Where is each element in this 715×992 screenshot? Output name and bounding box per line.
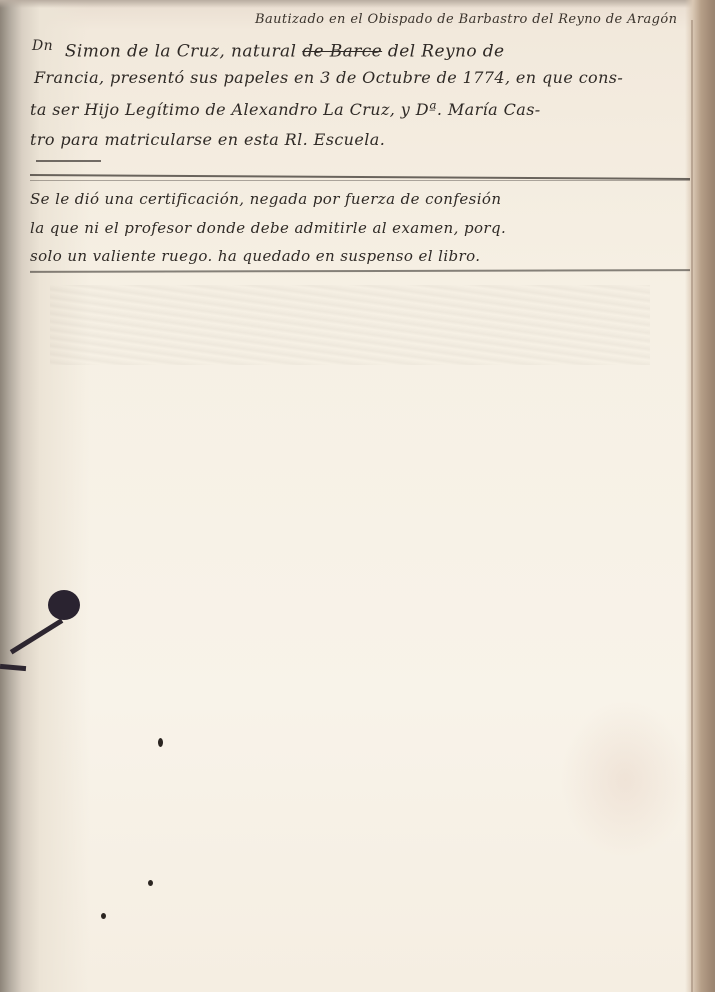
- ink-dot: [101, 913, 106, 919]
- underline: [36, 160, 101, 162]
- entry-line-1: Dn Simon de la Cruz, natural de Barce de…: [32, 38, 505, 62]
- entry-line-3: ta ser Hijo Legítimo de Alexandro La Cru…: [30, 100, 541, 119]
- entry-line-2: Francia, presentó sus papeles en 3 de Oc…: [34, 68, 623, 87]
- struck-text: de Barce: [302, 42, 382, 62]
- note-line-3: solo un valiente ruego. ha quedado en su…: [30, 247, 480, 265]
- entry-text: del Reyno de: [388, 42, 505, 62]
- interlinear-insertion: Bautizado en el Obispado de Barbastro de…: [255, 12, 677, 27]
- page-top-edge: [0, 0, 715, 8]
- note-line-1: Se le dió una certificación, negada por …: [30, 190, 501, 208]
- note-line-2: la que ni el profesor donde debe admitir…: [30, 219, 506, 237]
- ink-dot: [148, 880, 153, 886]
- entry-text: natural: [231, 42, 296, 62]
- don-abbreviation: Dn: [32, 38, 53, 54]
- entry-line-4: tro para matricularse en esta Rl. Escuel…: [30, 130, 385, 149]
- person-name: Simon de la Cruz,: [65, 42, 225, 62]
- ink-dot: [158, 738, 163, 747]
- paper-stain: [560, 700, 690, 860]
- ruled-line-top-secondary: [30, 180, 690, 181]
- page-edge-line: [691, 20, 693, 992]
- ink-blot-icon: [48, 590, 80, 620]
- ink-bleed-through: [50, 285, 650, 365]
